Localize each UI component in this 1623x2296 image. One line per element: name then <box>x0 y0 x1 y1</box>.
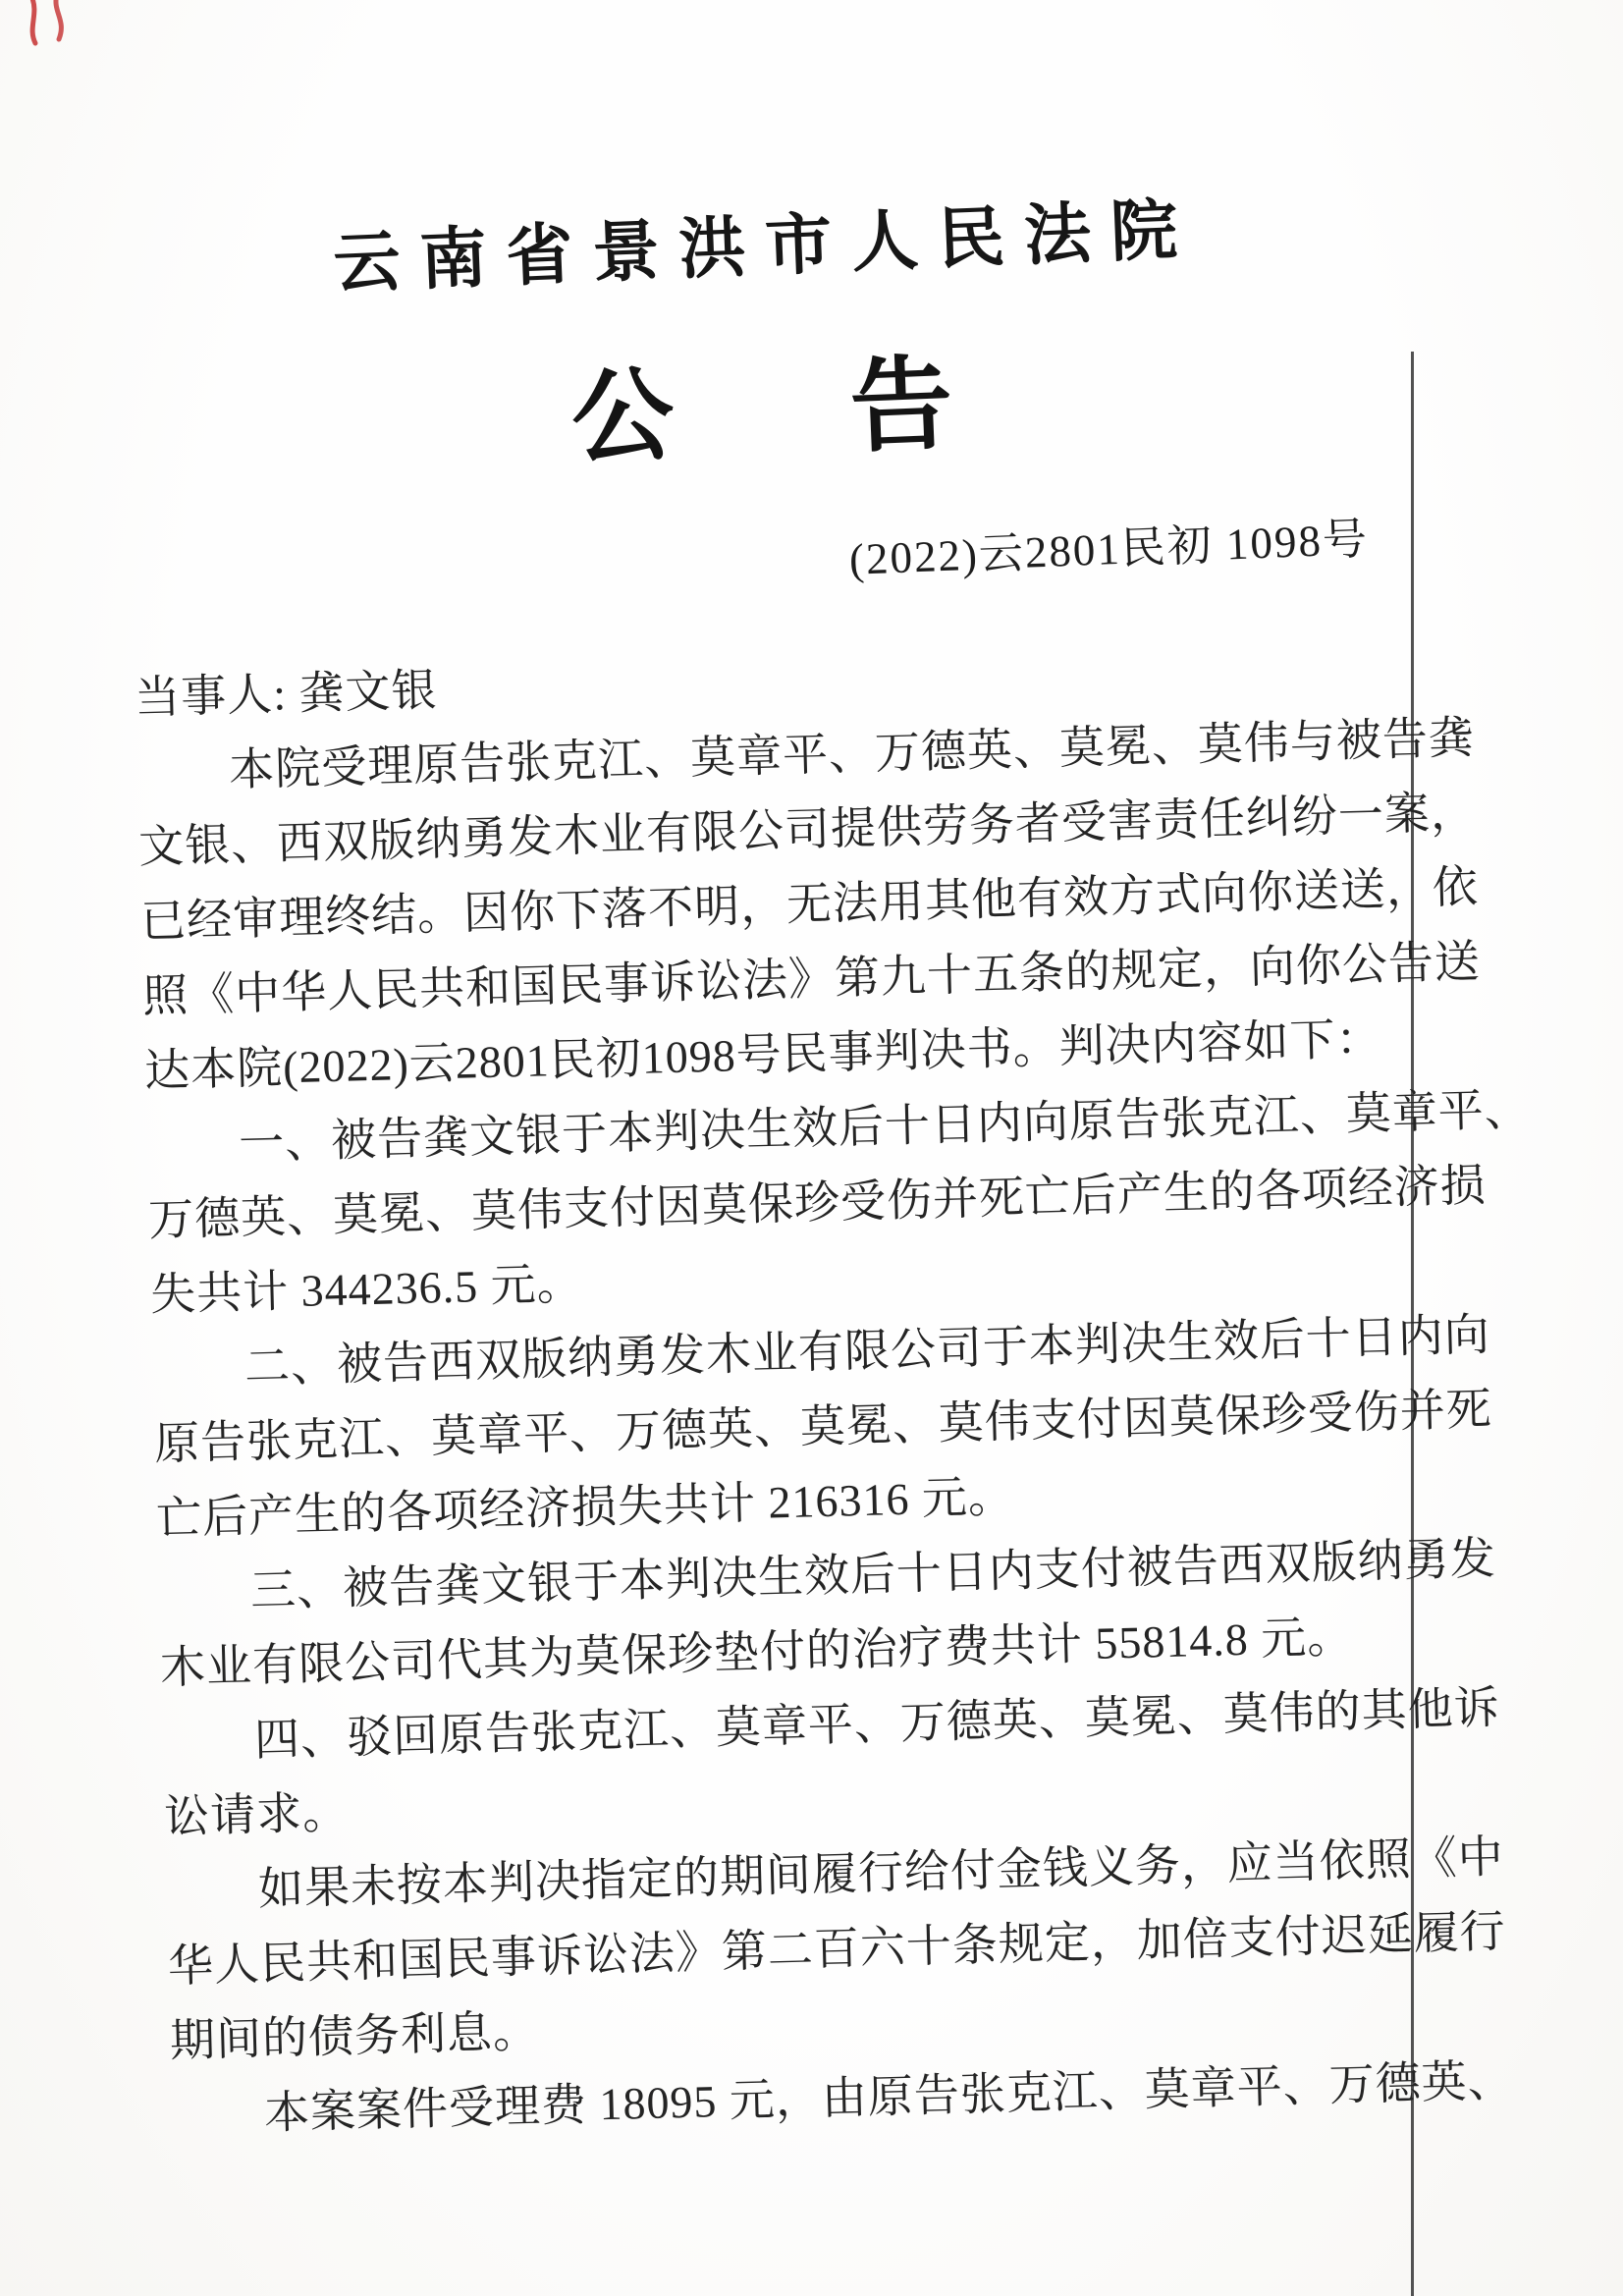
case-number: (2022)云2801民初 1098号 <box>133 501 1403 616</box>
announcement-body: 当事人: 龚文银本院受理原告张克江、莫章平、万德英、莫冕、莫伟与被告龚文银、西双… <box>134 628 1440 2153</box>
document-header: 云南省景洪市人民法院 公告 (2022)云2801民初 1098号 <box>120 169 1403 617</box>
doc-type-title: 公告 <box>125 302 1398 501</box>
scanned-court-announcement-page: 云南省景洪市人民法院 公告 (2022)云2801民初 1098号 当事人: 龚… <box>0 0 1623 2296</box>
court-name: 云南省景洪市人民法院 <box>120 169 1391 315</box>
document-content: 云南省景洪市人民法院 公告 (2022)云2801民初 1098号 当事人: 龚… <box>122 164 1441 2154</box>
red-pen-mark <box>20 0 98 59</box>
